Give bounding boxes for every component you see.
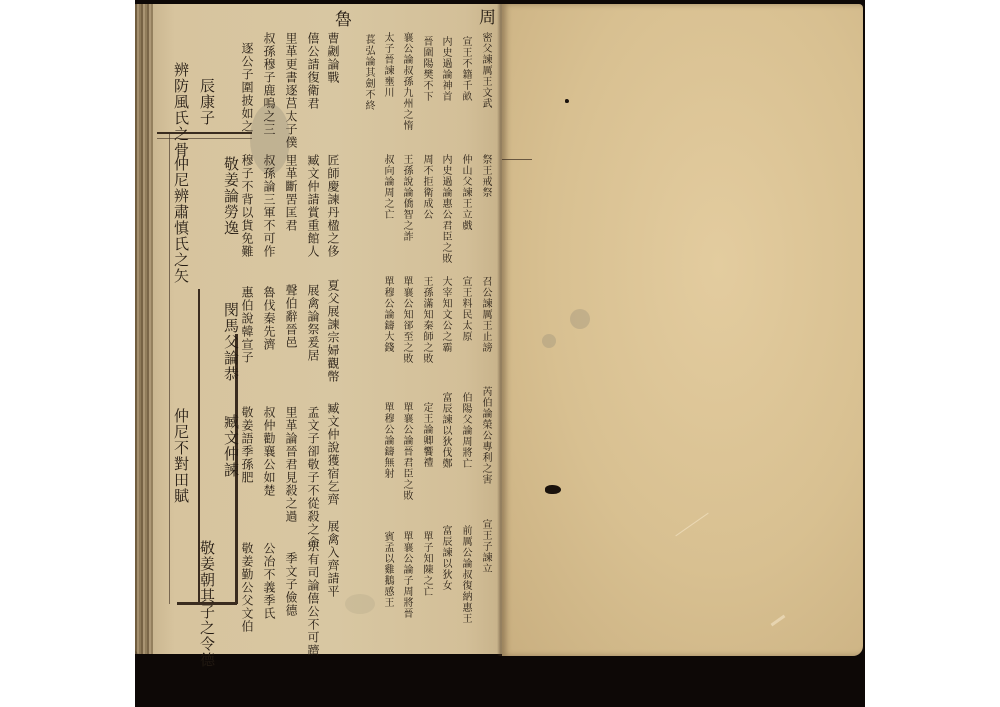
entry: 宗有司論僖公不可躋 — [307, 540, 319, 657]
manuscript-scan: 周 魯 密父諫厲王文武 宣王不籍千畝 内史過論神首 晉圍陽樊不下 襄公論叔孫九州… — [135, 0, 865, 707]
entry: 仲尼不對田賦 — [173, 408, 188, 504]
entry: 里革論晉君見殺之過 — [285, 406, 297, 523]
entry: 辰康子 — [199, 78, 214, 126]
entry: 單襄公論晉君臣之敗 — [401, 402, 411, 501]
entry: 公冶不義季氏 — [263, 542, 275, 620]
entry: 宣王不籍千畝 — [460, 36, 470, 102]
entry: 仲山父諫王立戲 — [460, 154, 470, 231]
entry: 單襄公知郤至之敗 — [401, 276, 411, 364]
paper-stain — [345, 594, 375, 614]
entry: 展禽入齊請平 — [327, 520, 339, 598]
entry: 敬姜朝其子之令德 — [199, 540, 214, 668]
entry: 富辰諫以狄女 — [440, 525, 450, 591]
entry: 夏父展諫宗婦觀幣 — [327, 279, 339, 383]
paper-stain — [542, 334, 556, 348]
entry: 召公諫厲王止謗 — [480, 276, 490, 353]
paper-hole — [545, 485, 561, 494]
entry: 内史過論惠公君臣之敗 — [440, 154, 450, 264]
entry: 惠伯說韓宣子 — [241, 286, 253, 364]
entry: 辨防風氏之骨 — [173, 62, 188, 158]
entry: 叔孫論三軍不可作 — [263, 154, 275, 258]
entry: 賓孟以雞鵝感王 — [382, 531, 392, 608]
entry: 曹劌論戰 — [327, 32, 339, 84]
entry: 芮伯論榮公專利之害 — [480, 386, 490, 485]
left-page: 周 魯 密父諫厲王文武 宣王不籍千畝 内史過論神首 晉圍陽樊不下 襄公論叔孫九州… — [135, 4, 502, 654]
entry: 叔向論周之亡 — [382, 154, 392, 220]
entry: 臧文仲說獲宿乞齊 — [327, 402, 339, 506]
entry: 展禽論祭爰居 — [307, 284, 319, 362]
entry: 祭王戒祭 — [480, 154, 490, 198]
entry: 聲伯辭晉邑 — [285, 284, 297, 349]
paper-hole — [565, 99, 569, 103]
paper-crease — [771, 615, 786, 627]
entry: 單襄公論子周將晉 — [401, 531, 411, 619]
vertical-rule — [169, 134, 170, 604]
entry: 臧文仲諫 — [223, 414, 238, 478]
entry: 匠師慶諫丹楹之侈 — [327, 154, 339, 258]
entry: 單穆公論鑄無射 — [382, 402, 392, 479]
entry: 敬姜語季孫肥 — [241, 406, 253, 484]
entry: 叔孫穆子鹿鳴之三 — [263, 32, 275, 136]
entry: 單子知陳之亡 — [421, 531, 431, 597]
entry: 臧文仲請賞重館人 — [307, 154, 319, 258]
entry: 宣王子諫立 — [480, 519, 490, 574]
entry: 定王論卿饗禮 — [421, 402, 431, 468]
entry: 王孫說論僑智之詐 — [401, 154, 411, 242]
entry: 逐公子圍披如之 — [241, 42, 253, 133]
entry: 前厲公論叔復納惠王 — [460, 525, 470, 624]
torn-edge-mark — [502, 159, 532, 160]
book-spine — [135, 4, 153, 654]
entry: 晉圍陽樊不下 — [421, 36, 431, 102]
entry: 太子晉諫壅川 — [382, 32, 392, 98]
entry: 季文子儉德 — [285, 552, 297, 617]
entry: 閔馬父論恭 — [223, 302, 238, 382]
entry: 大宰知文公之霸 — [440, 276, 450, 353]
entry: 孟文子卻敬子不從殺之命 — [307, 406, 319, 549]
entry: 里革斷罟匡君 — [285, 154, 297, 232]
entry: 里革更書逐莒太子僕 — [285, 32, 297, 149]
page-spread: 周 魯 密父諫厲王文武 宣王不籍千畝 内史過論神首 晉圍陽樊不下 襄公論叔孫九州… — [135, 4, 863, 656]
entry: 内史過論神首 — [440, 36, 450, 102]
section-header-lu: 魯 — [332, 10, 349, 28]
paper-crease — [675, 513, 708, 537]
entry: 仲尼辨肅慎氏之矢 — [173, 156, 188, 284]
right-page-blank — [502, 4, 863, 656]
section-header-zhou: 周 — [476, 8, 493, 26]
entry: 宣王料民太原 — [460, 276, 470, 342]
entry: 單穆公論鑄大錢 — [382, 276, 392, 353]
entry: 叔仲勸襄公如楚 — [263, 406, 275, 497]
entry: 敬姜勤公父文伯 — [241, 542, 253, 633]
entry: 王孫滿知秦師之敗 — [421, 276, 431, 364]
entry: 密父諫厲王文武 — [480, 32, 490, 109]
entry: 僖公請復衛君 — [307, 32, 319, 110]
entry: 敬姜論勞逸 — [223, 156, 238, 236]
entry: 穆子不背以貨免難 — [241, 154, 253, 258]
entry: 周不拒衛成公 — [421, 154, 431, 220]
entry: 萇弘論其劍不終 — [363, 34, 373, 111]
entry: 富辰諫以狄伐鄭 — [440, 392, 450, 469]
entry: 魯伐秦先濟 — [263, 286, 275, 351]
paper-stain — [570, 309, 590, 329]
entry: 襄公論叔孫九州之惰 — [401, 32, 411, 131]
entry: 伯陽父論周將亡 — [460, 392, 470, 469]
